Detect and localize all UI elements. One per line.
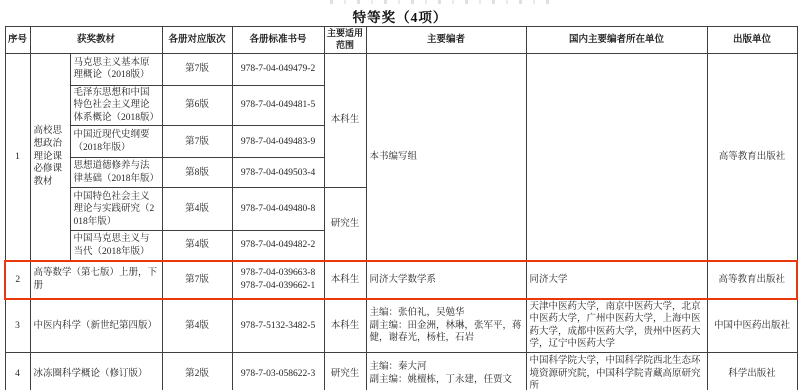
row3-edition: 第4版: [162, 299, 232, 353]
table-row: 1 高校思想政治理论课必修课教材 马克思主义基本原理概论（2018版） 第7版 …: [5, 53, 797, 85]
row3-title: 中医内科学（新世纪第四版）: [30, 299, 162, 353]
row2-edition: 第7版: [162, 261, 232, 299]
row1-book1-isbn: 978-7-04-049479-2: [232, 53, 324, 85]
row4-title: 冰冻圈科学概论（修订版）: [30, 352, 162, 390]
row3-no: 3: [5, 299, 30, 353]
col-header-isbn: 各册标准书号: [232, 27, 324, 54]
row4-org: 中国科学院大学，中国科学院西北生态环境资源研究院，中国科学院青藏高原研究所: [526, 352, 707, 390]
row1-book2-edition: 第6版: [162, 85, 232, 126]
row1-book3-isbn: 978-7-04-049483-9: [232, 126, 324, 158]
row1-book4-isbn: 978-7-04-049503-4: [232, 158, 324, 188]
table-row: 3 中医内科学（新世纪第四版） 第4版 978-7-5132-3482-5 本科…: [5, 299, 797, 353]
row1-book3-edition: 第7版: [162, 126, 232, 158]
row1-book6-edition: 第4版: [162, 231, 232, 261]
row2-editors: 同济大学数学系: [366, 261, 526, 299]
row4-editors: 主编：秦大河 副主编：姚檀栋，丁永建，任贾文: [366, 352, 526, 390]
row1-book6-title: 中国马克思主义与当代（2018年版）: [70, 231, 162, 261]
row1-publisher: 高等教育出版社: [707, 53, 797, 261]
row3-editors: 主编：张伯礼，吴勉华 副主编：田金洲，林琳，张军平，蒋健，谢春光，杨柱，石岩: [366, 299, 526, 353]
row1-org-empty: [526, 53, 707, 261]
row1-book5-isbn: 978-7-04-049480-8: [232, 188, 324, 231]
row1-book5-title: 中国特色社会主义理论与实践研究（2018年版）: [70, 188, 162, 231]
col-header-scope: 主要适用范围: [324, 27, 366, 54]
row3-editors-deputy: 副主编：田金洲，林琳，张军平，蒋健，谢春光，杨柱，石岩: [370, 320, 523, 345]
row2-isbn: 978-7-04-039663-8 978-7-04-039662-1: [232, 261, 324, 299]
document-page: 特等奖（4项） 序号 获奖教材 各册对应版次 各册标准书号 主要适用范围 主要编…: [0, 0, 800, 390]
highlighted-row: 2 高等数学（第七版）上册，下册 第7版 978-7-04-039663-8 9…: [5, 261, 797, 299]
row1-scope-undergrad: 本科生: [324, 53, 366, 188]
col-header-edition: 各册对应版次: [162, 27, 232, 54]
row2-isbn-1: 978-7-04-039663-8: [236, 267, 321, 280]
row3-editors-chief: 主编：张伯礼，吴勉华: [370, 307, 523, 320]
row1-scope-postgrad: 研究生: [324, 188, 366, 261]
col-header-textbook: 获奖教材: [30, 27, 162, 54]
row1-book1-edition: 第7版: [162, 53, 232, 85]
row1-book6-isbn: 978-7-04-049482-2: [232, 231, 324, 261]
row2-no: 2: [5, 261, 30, 299]
row3-isbn: 978-7-5132-3482-5: [232, 299, 324, 353]
row2-title: 高等数学（第七版）上册，下册: [30, 261, 162, 299]
row1-book4-edition: 第8版: [162, 158, 232, 188]
table-row: 4 冰冻圈科学概论（修订版） 第2版 978-7-03-058622-3 研究生…: [5, 352, 797, 390]
header-row: 序号 获奖教材 各册对应版次 各册标准书号 主要适用范围 主要编者 国内主要编者…: [5, 27, 797, 54]
row1-book3-title: 中国近现代史纲要（2018年版）: [70, 126, 162, 158]
col-header-org: 国内主要编者所在单位: [526, 27, 707, 54]
row2-isbn-2: 978-7-04-039662-1: [236, 280, 321, 293]
col-header-no: 序号: [5, 27, 30, 54]
row4-no: 4: [5, 352, 30, 390]
row4-scope: 研究生: [324, 352, 366, 390]
row1-no: 1: [5, 53, 30, 261]
row3-org: 天津中医药大学，南京中医药大学，北京中医药大学，广州中医药大学，上海中医药大学，…: [526, 299, 707, 353]
row1-book2-title: 毛泽东思想和中国特色社会主义理论体系概论（2018版）: [70, 85, 162, 126]
award-table: 序号 获奖教材 各册对应版次 各册标准书号 主要适用范围 主要编者 国内主要编者…: [4, 26, 798, 390]
row2-publisher: 高等教育出版社: [707, 261, 797, 299]
row1-book5-edition: 第4版: [162, 188, 232, 231]
row4-publisher: 科学出版社: [707, 352, 797, 390]
row1-editors: 本书编写组: [366, 53, 526, 261]
row3-scope: 本科生: [324, 299, 366, 353]
col-header-publisher: 出版单位: [707, 27, 797, 54]
row4-editors-deputy: 副主编：姚檀栋，丁永建，任贾文: [370, 374, 523, 387]
row2-org: 同济大学: [526, 261, 707, 299]
row2-scope: 本科生: [324, 261, 366, 299]
row1-book1-title: 马克思主义基本原理概论（2018版）: [70, 53, 162, 85]
row1-book4-title: 思想道德修养与法律基础（2018年版）: [70, 158, 162, 188]
col-header-editors: 主要编者: [366, 27, 526, 54]
cutoff-text-fragment: [330, 0, 550, 4]
row1-group-label: 高校思想政治理论课必修课教材: [30, 53, 70, 261]
row1-book2-isbn: 978-7-04-049481-5: [232, 85, 324, 126]
row4-isbn: 978-7-03-058622-3: [232, 352, 324, 390]
row4-edition: 第2版: [162, 352, 232, 390]
row3-publisher: 中国中医药出版社: [707, 299, 797, 353]
row4-editors-chief: 主编：秦大河: [370, 361, 523, 374]
page-title: 特等奖（4项）: [0, 6, 800, 26]
